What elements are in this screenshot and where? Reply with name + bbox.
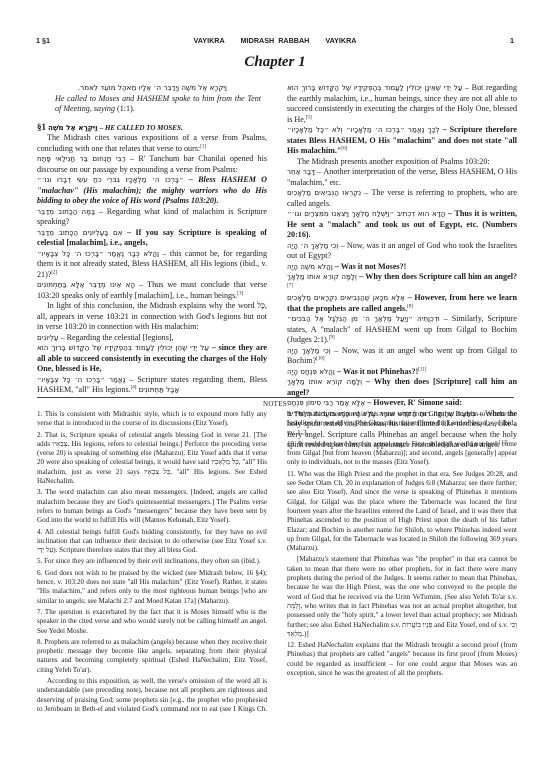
passage-segment: עַל יְדֵי שֶׁאֵינָן יְכוֹלִין לַעֲמוֹד ב… [287,83,517,125]
passage-segment: ״בָּרְכוּ ה׳ מַלְאָכָיו גִּבֹּרֵי כֹחַ ע… [37,175,267,207]
hebrew-lemma: רַבִּי תַּנְחוּם בַּר חֲנִילַאי פָּתַח [37,154,126,163]
footnote-number: 9. [287,410,292,418]
footnote-number: 6. [37,569,42,577]
passage-segment: נֶאֱמַר ״בָּרְכוּ ה׳ כָּל צְבָאָיו״ – Sc… [37,375,267,396]
passage-segment: בַּמֶּה הַכָּתוּב מְדַבֵּר – Regarding w… [37,207,267,228]
hebrew-lemma: דָּבָר אַחֵר [287,167,315,176]
passage-segment: לְכָךְ נֶאֱמַר ״בָּרְכוּ ה׳ מַלְאָכָיו״ … [287,125,517,157]
section-number: §1 [37,122,46,132]
hebrew-lemma: אִם בָּעֶלְיוֹנִים הַכָּתוּב מְדַבֵּר [37,228,123,237]
section-intro-text: The Midrash cites various expositions of… [37,133,267,153]
hebrew-lemma: וְלָמָּה קוֹרֵא אוֹתוֹ מַלְאָךְ [287,377,362,386]
footnote-ref[interactable]: [1] [200,144,206,149]
translation: – Another interpretation of the verse, B… [287,167,517,187]
explanatory-paragraph: The Midrash presents another exposition … [287,157,517,168]
hebrew-lemma: וּדְכְוָתֵיהּ ״וַיַּעַל מַלְאַךְ ה׳ מִן … [287,314,440,323]
footnote-number: 1. [37,410,42,418]
footnote-ref[interactable]: [8] [407,304,413,309]
explanatory-paragraph: In light of this conclusion, the Midrash… [37,301,267,333]
hebrew-lemma: וַהֲלֹא כְּבָר נֶאֱמַר ״בָּרְכוּ ה׳ כָּל… [37,249,159,258]
footnote-text: The malach mentioned in this verse went … [287,410,517,437]
footnote: 3. The word malachim can also mean messe… [37,488,267,525]
main-text-right-column: עַל יְדֵי שֶׁאֵינָן יְכוֹלִין לַעֲמוֹד ב… [287,83,517,451]
translation: – Regarding the celestial [legions], [61,333,174,342]
footnote-number: 2. [37,431,42,439]
hebrew-lemma: עַל יְדֵי שֶׁהֵן יְכוֹלִין לַעֲמוֹד בְּה… [37,343,209,352]
running-head-title: VAYIKRA MIDRASH RABBAH VAYIKRA [36,36,514,45]
verse-reference: (1:1). [117,104,135,113]
footnote-text: For since they are influenced by their e… [44,557,261,565]
footnote-number: 3. [37,488,42,496]
notes-heading: NOTES [0,400,550,408]
footnote: 10. It could not have been an actual ang… [287,440,517,468]
translation: – Was it not Moses?! [335,262,407,271]
page-number: 1 [510,36,514,45]
hebrew-lemma: הָא אֵינוֹ מְדַבֵּר אֶלָּא בַּתַּחְתּוֹנ… [37,280,135,289]
footnote-ref[interactable]: [9] [329,335,335,340]
footnote-ref[interactable]: [4] [131,385,137,390]
hebrew-lemma: בַּמֶּה הַכָּתוּב מְדַבֵּר [37,207,95,216]
hebrew-lemma: לְכָךְ נֶאֱמַר ״בָּרְכוּ ה׳ מַלְאָכָיו״ … [287,125,440,134]
main-text-left-column: וַיִּקְרָא אֶל מֹשֶׁה וַיְדַבֵּר ה׳ אֵלָ… [37,83,267,396]
passage-segment: וַהֲלֹא פִּנְחָס הָיָה – Was it not Phin… [287,367,517,378]
footnote-text: That is, Scripture speaks of celestial a… [37,431,267,485]
hebrew-lemma: וְכִי מַלְאָךְ הָיָה [287,346,331,355]
footnote-number: 7. [37,608,42,616]
running-head-book-right: VAYIKRA [325,36,356,45]
hebrew-lemma: עֶלְיוֹנִים [37,333,58,342]
verse-english: He called to Moses and HASHEM spoke to h… [55,94,261,114]
footnote: 8. Prophets are referred to as malachim … [37,638,267,675]
footnote: 4. All celestial beings fulfill God's bi… [37,528,267,556]
hebrew-lemma: נֶאֱמַר ״בָּרְכוּ ה׳ כָּל צְבָאָיו״ [37,375,126,384]
verse-translation: He called to Moses and HASHEM spoke to h… [37,94,267,115]
footnote-ref[interactable]: [2] [51,270,57,275]
footnote-text: All celestial beings fulfill God's biddi… [37,528,267,555]
footnote-number: 12. [287,641,296,649]
footnote: 12. Eshed HaNechalim explains that the M… [287,641,517,678]
footnote-ref[interactable]: [7] [287,283,293,288]
running-head: 1 §1 VAYIKRA MIDRASH RABBAH VAYIKRA 1 [36,36,514,48]
passage-segment: וְלָמָּה קוֹרֵא אוֹתוֹ מַלְאָךְ – Why th… [287,377,517,398]
notes-divider [37,397,514,398]
footnote-text: The question is exacerbated by the fact … [37,608,267,635]
passage-segment: עֶלְיוֹנִים – Regarding the celestial [l… [37,333,267,344]
passage-segment: הֲדָא הוּא דִכְתִיב ״וַיִּשְׁלַח מַלְאָך… [287,209,517,241]
passage-segment: וְכִי מַלְאָךְ הָיָה – Now, was it an an… [287,346,517,367]
passage-segment: וַהֲלֹא כְּבָר נֶאֱמַר ״בָּרְכוּ ה׳ כָּל… [37,249,267,281]
chapter-title: Chapter 1 [0,54,550,71]
passage-segment: נִקְרְאוּ הַנְּבִיאִים מַלְאָכִים – The … [287,188,517,209]
footnote-continuation: According to this exposition, as well, t… [37,677,267,714]
hebrew-lemma: הֲדָא הוּא דִכְתִיב ״וַיִּשְׁלַח מַלְאָך… [287,209,445,218]
passage-segment: וְלָמָּה קוֹרֵא אוֹתוֹ מַלְאָךְ – Why th… [287,272,517,293]
passage-segment: עַל יְדֵי שֶׁהֵן יְכוֹלִין לַעֲמוֹד בְּה… [37,343,267,375]
verse-hebrew: וַיִּקְרָא אֶל מֹשֶׁה וַיְדַבֵּר ה׳ אֵלָ… [47,83,267,94]
passage-segment: וּדְכְוָתֵיהּ ״וַיַּעַל מַלְאַךְ ה׳ מִן … [287,314,517,346]
hebrew-lemma: אֲבָל תַּחְתּוֹנִים [139,385,180,394]
footnote-text: Eshed HaNechalim explains that the Midra… [287,641,517,677]
running-head-work: MIDRASH RABBAH [241,36,310,45]
hebrew-lemma: אֶלָּא מִכָּאן שֶׁהַנְּבִיאִים נִקְרָאִי… [287,293,405,302]
footnote-number: 5. [37,557,42,565]
hebrew-lemma: וְכִי מַלְאַךְ ה׳ הָיָה [287,241,338,250]
footnote-number: 10. [287,440,296,448]
hebrew-lemma: וַהֲלֹא מֹשֶׁה הָיָה [287,262,333,271]
notes-left-column: 1. This is consistent with Midrashic sty… [37,410,267,716]
passage-segment: וְכִי מַלְאַךְ ה׳ הָיָה – Now, was it an… [287,241,517,262]
footnote-ref[interactable]: [5] [306,115,312,120]
footnote-text: The word malachim can also mean messenge… [37,488,267,524]
notes-right-column: 9. The malach mentioned in this verse we… [287,410,517,680]
passage-segment: דָּבָר אַחֵר – Another interpretation of… [287,167,517,188]
section-title: – HE CALLED TO MOSES. [100,124,183,132]
footnote: 6. God does not wish to be praised by th… [37,569,267,606]
footnote-ref[interactable]: [11] [418,367,426,372]
hebrew-lemma: נִקְרְאוּ הַנְּבִיאִים מַלְאָכִים [287,188,361,197]
footnote-ref[interactable]: [6] [341,146,347,151]
footnote-text: Who was the High Priest and the prophet … [287,470,517,552]
hebrew-lemma: ״בָּרְכוּ ה׳ מַלְאָכָיו גִּבֹּרֵי כֹחַ ע… [37,175,184,184]
footnote: 9. The malach mentioned in this verse we… [287,410,517,438]
running-head-book-left: VAYIKRA [194,36,225,45]
footnote-number: 4. [37,528,42,536]
footnote: 7. The question is exacerbated by the fa… [37,608,267,636]
translation: – Why then does Scripture call him an an… [359,272,517,281]
footnote-text: God does not wish to be praised by the w… [37,569,267,605]
footnote-number: 8. [37,638,42,646]
section-heading: §1 וַיִּקְרָא אֶל מֹשֶׁה – HE CALLED TO … [37,122,267,134]
passage-segment: רַבִּי תַּנְחוּם בַּר חֲנִילַאי פָּתַח –… [37,154,267,175]
translation: – Was it not Phinehas?! [337,367,418,376]
section-intro: The Midrash cites various expositions of… [37,133,267,154]
hebrew-lemma: וַהֲלֹא פִּנְחָס הָיָה [287,367,335,376]
footnote: 5. For since they are influenced by thei… [37,557,267,566]
passage-segment: הָא אֵינוֹ מְדַבֵּר אֶלָּא בַּתַּחְתּוֹנ… [37,280,267,301]
footnote-text: Prophets are referred to as malachim (an… [37,638,267,674]
footnote-continuation: [Maharzu's statement that Phinehas was "… [287,555,517,639]
passage-segment: אֶלָּא מִכָּאן שֶׁהַנְּבִיאִים נִקְרָאִי… [287,293,517,314]
footnote-text: It could not have been an actual angel. … [287,440,517,467]
footnote-ref[interactable]: [10] [316,356,324,361]
passage-segment: אִם בָּעֶלְיוֹנִים הַכָּתוּב מְדַבֵּר – … [37,228,267,249]
section-hebrew: וַיִּקְרָא אֶל מֹשֶׁה [48,123,98,132]
passage-segment: וַהֲלֹא מֹשֶׁה הָיָה – Was it not Moses?… [287,262,517,273]
footnote-ref[interactable]: [3] [237,291,243,296]
footnote: 1. This is consistent with Midrashic sty… [37,410,267,429]
footnote: 2. That is, Scripture speaks of celestia… [37,431,267,487]
footnote-text: This is consistent with Midrashic style,… [37,410,267,427]
hebrew-lemma: עַל יְדֵי שֶׁאֵינָן יְכוֹלִין לַעֲמוֹד ב… [287,83,462,92]
footnote: 11. Who was the High Priest and the prop… [287,470,517,554]
footnote-number: 11. [287,470,296,478]
hebrew-lemma: וְלָמָּה קוֹרֵא אוֹתוֹ מַלְאָךְ [287,272,357,281]
